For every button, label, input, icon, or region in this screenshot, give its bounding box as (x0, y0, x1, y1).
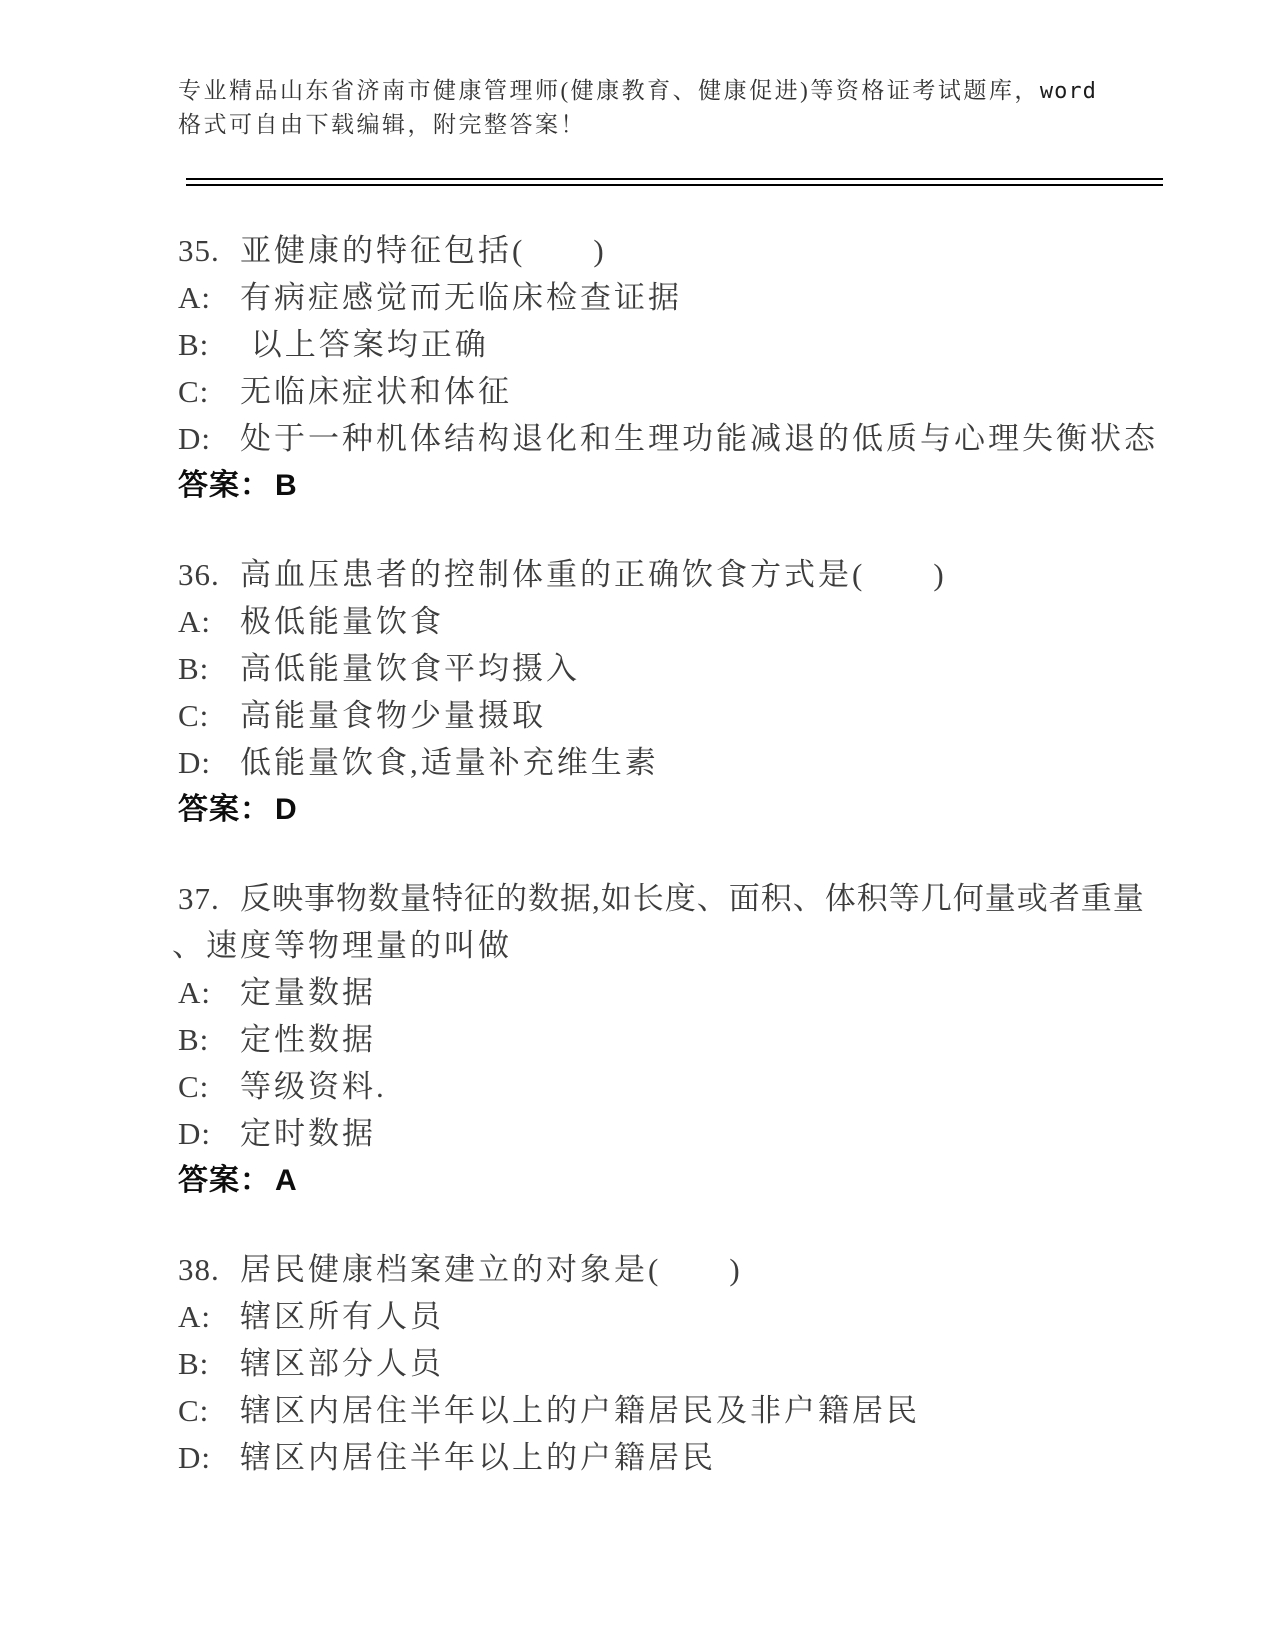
option-row-b: B: 辖区部分人员 (178, 1340, 1218, 1387)
option-label: D: (178, 1110, 240, 1157)
answer-value: D (275, 786, 298, 833)
option-text: 有病症感觉而无临床检查证据 (240, 274, 682, 321)
option-label: A: (178, 1293, 240, 1340)
option-row-b: B: 定性数据 (178, 1016, 1218, 1063)
option-text: 等级资料. (240, 1063, 387, 1110)
header-line2: 格式可自由下载编辑，附完整答案！ (178, 112, 586, 137)
question-number: 36. (178, 551, 240, 598)
question-stem: 35. 亚健康的特征包括( ) (178, 227, 1218, 274)
option-row-c: C: 等级资料. (178, 1063, 1218, 1110)
question-number: 38. (178, 1246, 240, 1293)
question-stem-text: 反映事物数量特征的数据,如长度、面积、体积等几何量或者重量 (240, 875, 1145, 922)
question-stem-text: 高血压患者的控制体重的正确饮食方式是( ) (240, 551, 947, 598)
option-label: D: (178, 739, 240, 786)
question-37: 37. 反映事物数量特征的数据,如长度、面积、体积等几何量或者重量 、速度等物理… (178, 875, 1218, 1204)
option-text: 辖区内居住半年以上的户籍居民 (240, 1434, 716, 1481)
option-row-c: C: 高能量食物少量摄取 (178, 692, 1218, 739)
question-stem-text: 亚健康的特征包括( ) (240, 227, 607, 274)
question-number: 37. (178, 875, 240, 922)
option-row-d: D: 处于一种机体结构退化和生理功能减退的低质与心理失衡状态 (178, 415, 1218, 462)
document-header: 专业精品山东省济南市健康管理师(健康教育、健康促进)等资格证考试题库，word … (178, 74, 1138, 141)
answer-line: 答案： D (178, 786, 1218, 833)
questions-content: 35. 亚健康的特征包括( ) A: 有病症感觉而无临床检查证据 B: 以上答案… (178, 227, 1218, 1523)
question-38: 38. 居民健康档案建立的对象是( ) A: 辖区所有人员 B: 辖区部分人员 … (178, 1246, 1218, 1481)
header-word-format: word (1040, 79, 1097, 104)
option-label: B: (178, 645, 240, 692)
option-row-b: B: 高低能量饮食平均摄入 (178, 645, 1218, 692)
document-page: 专业精品山东省济南市健康管理师(健康教育、健康促进)等资格证考试题库，word … (0, 0, 1275, 1650)
option-row-a: A: 定量数据 (178, 969, 1218, 1016)
answer-line: 答案： A (178, 1157, 1218, 1204)
option-label: D: (178, 1434, 240, 1481)
question-stem-continued: 、速度等物理量的叫做 (172, 922, 1218, 969)
answer-value: A (275, 1157, 298, 1204)
option-text: 定量数据 (240, 969, 376, 1016)
answer-label: 答案： (178, 786, 271, 833)
option-row-d: D: 低能量饮食,适量补充维生素 (178, 739, 1218, 786)
option-row-c: C: 无临床症状和体征 (178, 368, 1218, 415)
option-label: A: (178, 969, 240, 1016)
option-label: C: (178, 692, 240, 739)
option-text: 定时数据 (240, 1110, 376, 1157)
question-stem: 37. 反映事物数量特征的数据,如长度、面积、体积等几何量或者重量 (178, 875, 1218, 922)
answer-line: 答案： B (178, 462, 1218, 509)
question-35: 35. 亚健康的特征包括( ) A: 有病症感觉而无临床检查证据 B: 以上答案… (178, 227, 1218, 509)
option-text: 极低能量饮食 (240, 598, 444, 645)
option-text: 定性数据 (240, 1016, 376, 1063)
option-label: A: (178, 598, 240, 645)
header-line1: 专业精品山东省济南市健康管理师(健康教育、健康促进)等资格证考试题库， (178, 78, 1040, 103)
question-stem-text: 、速度等物理量的叫做 (172, 922, 512, 969)
option-label: A: (178, 274, 240, 321)
option-text: 辖区部分人员 (240, 1340, 444, 1387)
option-label: D: (178, 415, 240, 462)
option-row-d: D: 定时数据 (178, 1110, 1218, 1157)
option-row-a: A: 有病症感觉而无临床检查证据 (178, 274, 1218, 321)
option-label: C: (178, 1387, 240, 1434)
answer-label: 答案： (178, 1157, 271, 1204)
answer-label: 答案： (178, 462, 271, 509)
option-text: 高低能量饮食平均摄入 (240, 645, 580, 692)
question-number: 35. (178, 227, 240, 274)
option-label: C: (178, 1063, 240, 1110)
option-text: 辖区内居住半年以上的户籍居民及非户籍居民 (240, 1387, 920, 1434)
option-text: 无临床症状和体征 (240, 368, 512, 415)
option-text: 低能量饮食,适量补充维生素 (240, 739, 659, 786)
option-row-a: A: 极低能量饮食 (178, 598, 1218, 645)
question-36: 36. 高血压患者的控制体重的正确饮食方式是( ) A: 极低能量饮食 B: 高… (178, 551, 1218, 833)
option-text: 以上答案均正确 (240, 321, 489, 368)
question-stem: 36. 高血压患者的控制体重的正确饮食方式是( ) (178, 551, 1218, 598)
question-stem-text: 居民健康档案建立的对象是( ) (240, 1246, 743, 1293)
option-label: B: (178, 1016, 240, 1063)
answer-value: B (275, 462, 298, 509)
option-row-c: C: 辖区内居住半年以上的户籍居民及非户籍居民 (178, 1387, 1218, 1434)
option-label: B: (178, 321, 240, 368)
option-text: 高能量食物少量摄取 (240, 692, 546, 739)
option-row-a: A: 辖区所有人员 (178, 1293, 1218, 1340)
option-text: 处于一种机体结构退化和生理功能减退的低质与心理失衡状态 (240, 415, 1158, 462)
header-divider-rule (186, 178, 1163, 186)
option-text: 辖区所有人员 (240, 1293, 444, 1340)
option-row-b: B: 以上答案均正确 (178, 321, 1218, 368)
option-row-d: D: 辖区内居住半年以上的户籍居民 (178, 1434, 1218, 1481)
option-label: C: (178, 368, 240, 415)
question-stem: 38. 居民健康档案建立的对象是( ) (178, 1246, 1218, 1293)
option-label: B: (178, 1340, 240, 1387)
